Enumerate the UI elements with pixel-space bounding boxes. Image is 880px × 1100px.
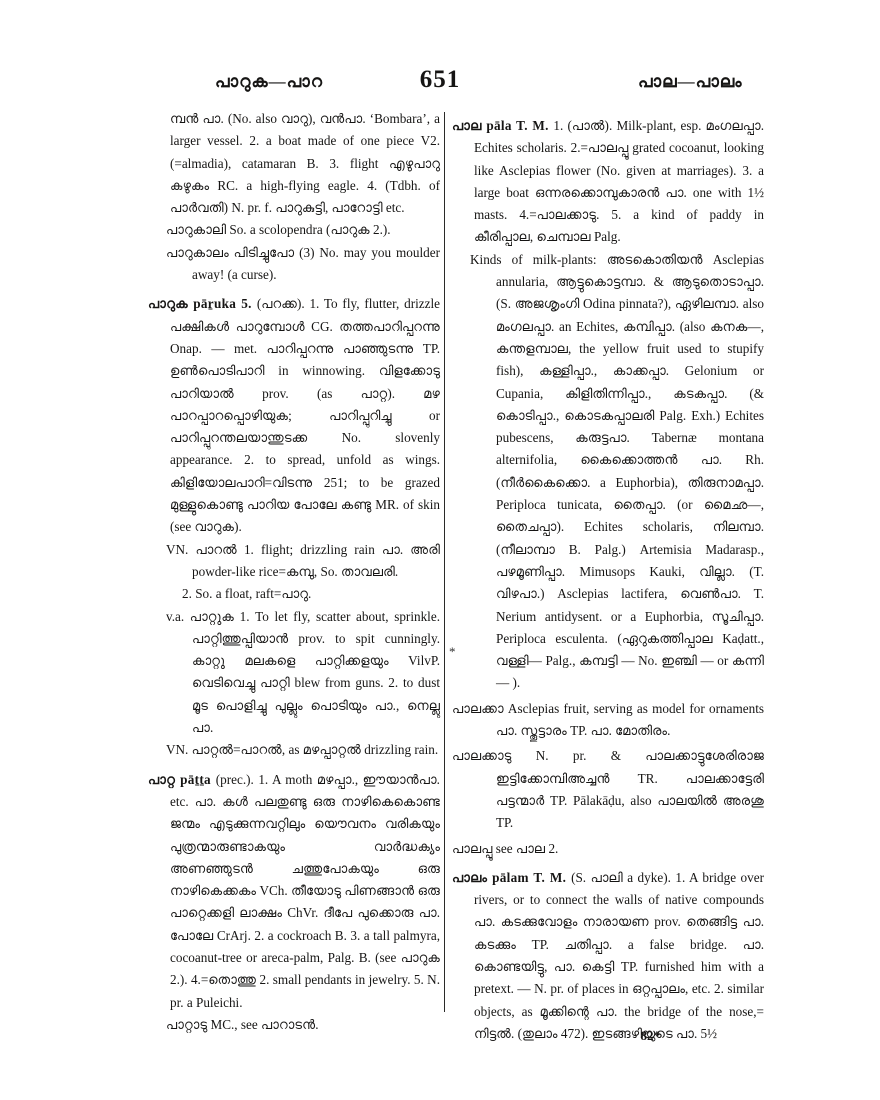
dictionary-paragraph: പാറുകാലി So. a scolopendra (പാറുക 2.). (148, 219, 440, 241)
dictionary-paragraph: v.a. പാറ്റുക 1. To let fly, scatter abou… (148, 606, 440, 740)
dictionary-page: പാറുക—പാറ 651 പാല—പാലം മ്പൻ പാ. (No. als… (0, 0, 880, 1100)
entry-headword: പാറ്റ pāṯṯa (148, 772, 216, 787)
dictionary-paragraph: പാറുകാലം പിടിച്ചുപോ (3) No. may you moul… (148, 242, 440, 287)
entry-headword: പാല pāla T. M. (452, 118, 553, 133)
left-column: മ്പൻ പാ. (No. also വാറു), വൻപാ. ‘Bombara… (148, 108, 440, 1036)
dictionary-paragraph: പാറ്റാടു MC., see പാറാടൻ. (148, 1014, 440, 1036)
signature-mark: 82* (560, 1028, 660, 1044)
running-head-right: പാല—പാലം (638, 72, 742, 92)
dictionary-paragraph: പാലം pālam T. M. (S. പാലി a dyke). 1. A … (452, 867, 764, 1045)
page-number: 651 (0, 66, 880, 94)
entry-headword: പാറുക pāṟuka 5. (148, 296, 257, 311)
dictionary-paragraph: പാലപ്പൂ see പാല 2. (452, 838, 764, 860)
dictionary-paragraph: മ്പൻ പാ. (No. also വാറു), വൻപാ. ‘Bombara… (148, 108, 440, 219)
dictionary-paragraph: 2. So. a float, raft=പാറു. (148, 583, 440, 605)
dictionary-paragraph: Kinds of milk-plants: അടകൊതിയൻ Asclepias… (452, 249, 764, 695)
dictionary-paragraph: പാറുക pāṟuka 5. (പറക്ക). 1. To fly, flut… (148, 293, 440, 538)
dictionary-paragraph: പാലക്കാ Asclepias fruit, serving as mode… (452, 698, 764, 743)
dictionary-paragraph: VN. പാറ്റൽ=പാറൽ, as മഴപ്പാറ്റൽ drizzling… (148, 739, 440, 761)
entry-headword: പാലം pālam T. M. (452, 870, 571, 885)
margin-asterisk: * (449, 644, 456, 660)
right-column: പാല pāla T. M. 1. (പാൽ). Milk-plant, esp… (452, 108, 764, 1045)
column-divider-rule (444, 112, 445, 1012)
dictionary-paragraph: VN. പാറൽ 1. flight; drizzling rain പാ. അ… (148, 539, 440, 584)
dictionary-paragraph: പാല pāla T. M. 1. (പാൽ). Milk-plant, esp… (452, 115, 764, 249)
dictionary-paragraph: പാറ്റ pāṯṯa (prec.). 1. A moth മഴപ്പാ., … (148, 769, 440, 1014)
running-head: പാറുക—പാറ 651 പാല—പാലം (0, 66, 880, 100)
dictionary-paragraph: പാലക്കാടു N. pr. & പാലക്കാട്ടുശേരിരാജ ഇട… (452, 745, 764, 834)
